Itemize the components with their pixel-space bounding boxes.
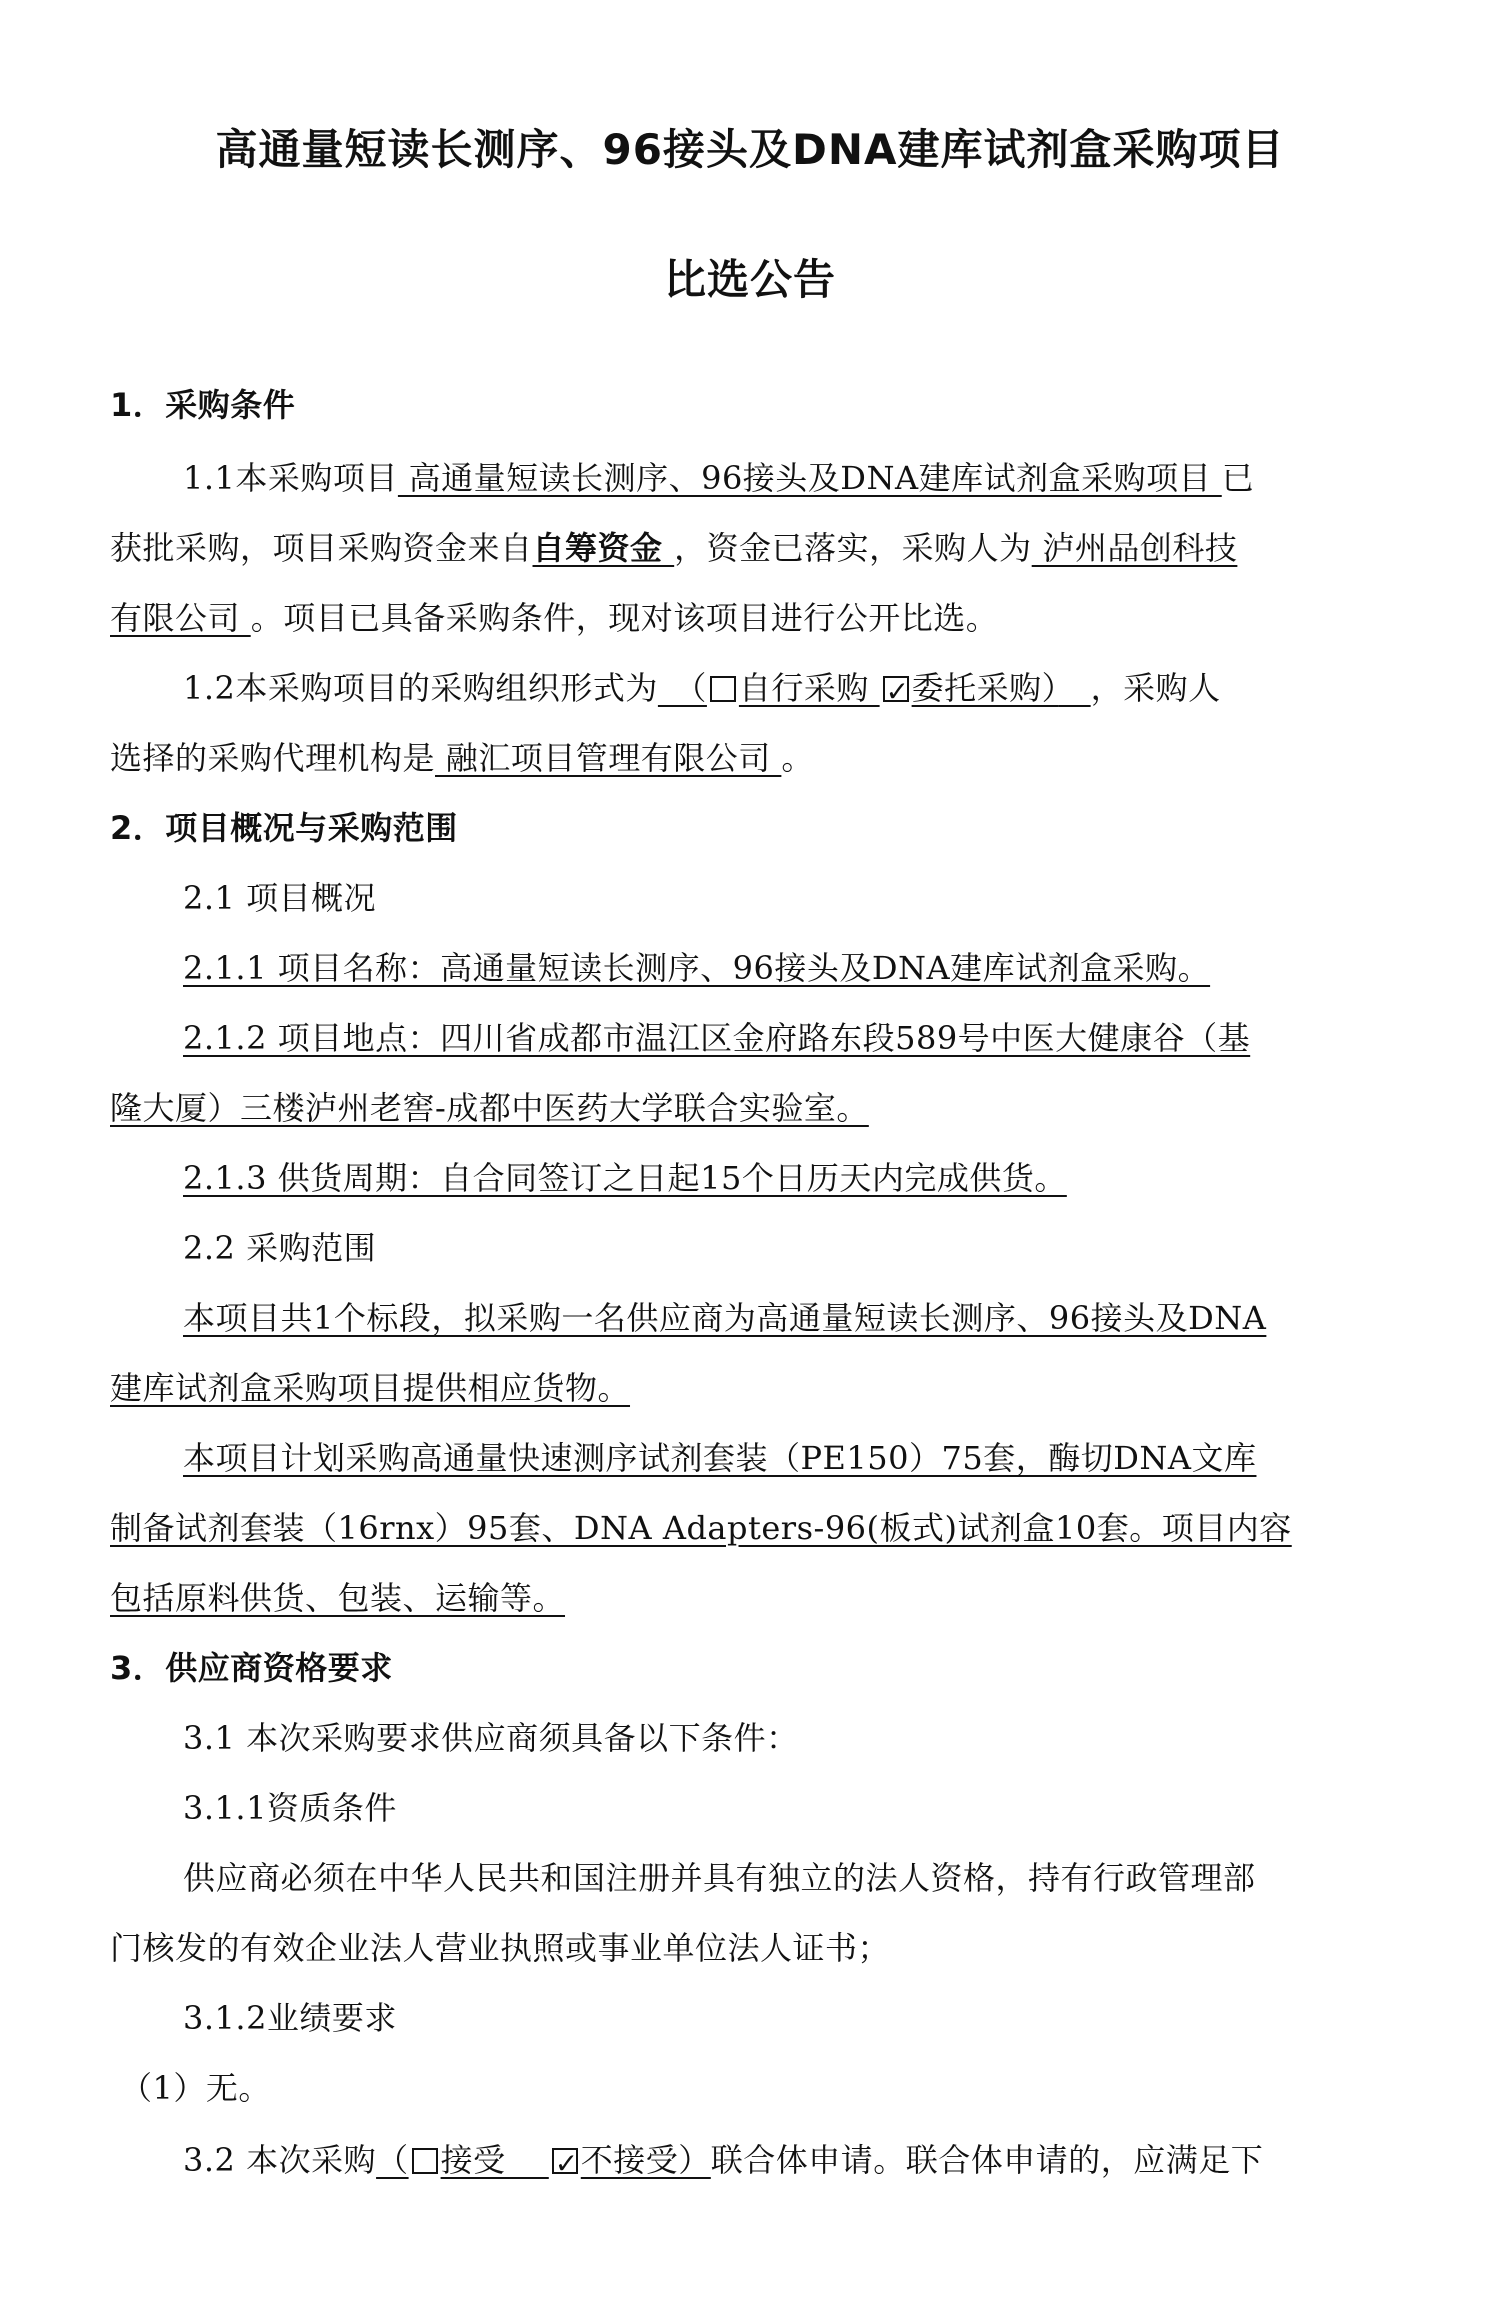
scope-para2-line3: 包括原料供货、包装、运输等。 <box>110 1574 1395 1622</box>
qualification-line2: 门核发的有效企业法人营业执照或事业单位法人证书； <box>110 1924 1395 1972</box>
agency-field: 融汇项目管理有限公司 <box>435 739 781 777</box>
subsection-2-1-heading: 2.1 项目概况 <box>183 874 1395 922</box>
para-1-1-prefix: 1.1本采购项目 <box>183 459 398 497</box>
purchaser-field-part2: 有限公司 <box>110 599 251 637</box>
options-open-paren: （ <box>658 669 707 707</box>
scope-para2-text2: 制备试剂套装（16rnx）95套、DNA Adapters-96(板式)试剂盒1… <box>110 1509 1292 1547</box>
item-2-1-2-line1: 2.1.2 项目地点：四川省成都市温江区金府路东段589号中医大健康谷（基 <box>183 1014 1395 1062</box>
qualification-line1: 供应商必须在中华人民共和国注册并具有独立的法人资格，持有行政管理部 <box>183 1854 1395 1902</box>
consortium-open-paren: （ <box>376 2141 409 2179</box>
consortium-options: （接受 不接受） <box>376 2141 711 2179</box>
scope-para2-text1: 本项目计划采购高通量快速测序试剂套装（PE150）75套，酶切DNA文库 <box>183 1439 1256 1477</box>
subsection-3-1-2: 3.1.2业绩要求 <box>183 1994 1395 2042</box>
item-2-1-3: 2.1.3 供货周期：自合同签订之日起15个日历天内完成供货。 <box>183 1154 1395 1202</box>
fund-source-field: 自筹资金 <box>533 529 675 567</box>
option-self-purchase-label: 自行采购 <box>739 669 880 707</box>
item-2-1-3-text: 2.1.3 供货周期：自合同签订之日起15个日历天内完成供货。 <box>183 1159 1067 1197</box>
scope-para1-line2: 建库试剂盒采购项目提供相应货物。 <box>110 1364 1395 1412</box>
item-2-1-2-text1: 2.1.2 项目地点：四川省成都市温江区金府路东段589号中医大健康谷（基 <box>183 1019 1250 1057</box>
para-1-1-suffix: 已 <box>1222 459 1255 497</box>
subsection-2-2-heading: 2.2 采购范围 <box>183 1224 1395 1272</box>
purchaser-field-part1: 泸州品创科技 <box>1032 529 1238 567</box>
para-1-1-line3-suffix: 。项目已具备采购条件，现对该项目进行公开比选。 <box>251 599 999 637</box>
para-1-1-line1: 1.1本采购项目 高通量短读长测序、96接头及DNA建库试剂盒采购项目 已 <box>183 454 1395 502</box>
para-1-1-line2-prefix: 获批采购，项目采购资金来自 <box>110 529 533 567</box>
project-name-field: 高通量短读长测序、96接头及DNA建库试剂盒采购项目 <box>398 459 1222 497</box>
item-2-1-2-text2: 隆大厦）三楼泸州老窖-成都中医药大学联合实验室。 <box>110 1089 869 1127</box>
para-1-2-line2: 选择的采购代理机构是 融汇项目管理有限公司 。 <box>110 734 1395 782</box>
para-1-2-line1: 1.2本采购项目的采购组织形式为 （自行采购 委托采购） ，采购人 <box>183 664 1395 712</box>
subsection-3-1: 3.1 本次采购要求供应商须具备以下条件： <box>183 1714 1395 1762</box>
scope-para2-text3: 包括原料供货、包装、运输等。 <box>110 1579 565 1617</box>
checkbox-accept-icon <box>412 2148 438 2174</box>
section-1-heading: 1．采购条件 <box>110 381 1395 429</box>
scope-para2-line1: 本项目计划采购高通量快速测序试剂套装（PE150）75套，酶切DNA文库 <box>183 1434 1395 1482</box>
item-2-1-1-text: 2.1.1 项目名称：高通量短读长测序、96接头及DNA建库试剂盒采购。 <box>183 949 1210 987</box>
subsection-3-1-1: 3.1.1资质条件 <box>183 1784 1395 1832</box>
para-1-2-suffix: ，采购人 <box>1091 669 1221 707</box>
scope-para2-line2: 制备试剂套装（16rnx）95套、DNA Adapters-96(板式)试剂盒1… <box>110 1504 1395 1552</box>
organization-form-options: （自行采购 委托采购） <box>658 669 1091 707</box>
para-1-2-line2-prefix: 选择的采购代理机构是 <box>110 739 435 777</box>
para-1-1-line2: 获批采购，项目采购资金来自自筹资金 ，资金已落实，采购人为 泸州品创科技 <box>110 524 1395 572</box>
section-3-heading: 3．供应商资格要求 <box>110 1644 1395 1692</box>
option-accept-label: 接受 <box>441 2141 549 2179</box>
scope-para1-text2: 建库试剂盒采购项目提供相应货物。 <box>110 1369 630 1407</box>
option-reject-label: 不接受） <box>581 2141 711 2179</box>
checkbox-self-purchase-icon <box>710 676 736 702</box>
document-page: 高通量短读长测序、96接头及DNA建库试剂盒采购项目 比选公告 1．采购条件 1… <box>0 0 1500 2315</box>
item-2-1-1: 2.1.1 项目名称：高通量短读长测序、96接头及DNA建库试剂盒采购。 <box>183 944 1395 992</box>
para-3-2: 3.2 本次采购（接受 不接受）联合体申请。联合体申请的，应满足下 <box>183 2136 1395 2184</box>
performance-item-1: （1）无。 <box>120 2064 1405 2112</box>
para-1-1-line2-mid: ，资金已落实，采购人为 <box>674 529 1032 567</box>
option-entrusted-purchase-label: 委托采购） <box>912 669 1059 707</box>
scope-para1-line1: 本项目共1个标段，拟采购一名供应商为高通量短读长测序、96接头及DNA <box>183 1294 1395 1342</box>
checkbox-entrusted-purchase-checked-icon <box>883 676 909 702</box>
item-2-1-2-line2: 隆大厦）三楼泸州老窖-成都中医药大学联合实验室。 <box>110 1084 1395 1132</box>
section-2-heading: 2．项目概况与采购范围 <box>110 804 1395 852</box>
document-subtitle: 比选公告 <box>0 250 1500 310</box>
para-1-2-prefix: 1.2本采购项目的采购组织形式为 <box>183 669 658 707</box>
para-3-2-prefix: 3.2 本次采购 <box>183 2141 376 2179</box>
para-3-2-suffix: 联合体申请。联合体申请的，应满足下 <box>711 2141 1264 2179</box>
checkbox-reject-checked-icon <box>552 2148 578 2174</box>
document-title: 高通量短读长测序、96接头及DNA建库试剂盒采购项目 <box>0 120 1500 180</box>
para-1-2-line2-suffix: 。 <box>781 739 814 777</box>
scope-para1-text1: 本项目共1个标段，拟采购一名供应商为高通量短读长测序、96接头及DNA <box>183 1299 1266 1337</box>
para-1-1-line3: 有限公司 。项目已具备采购条件，现对该项目进行公开比选。 <box>110 594 1395 642</box>
